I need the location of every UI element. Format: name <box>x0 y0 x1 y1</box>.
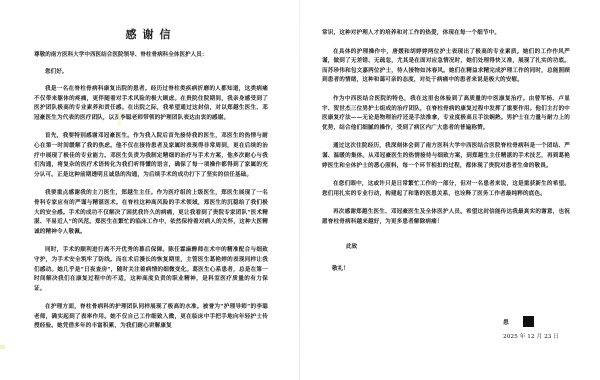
scan-smudge <box>118 112 121 126</box>
letter-paragraph: 首先，我要特别感谢邓冠豪医生。作为我入院后首先接待我的医生，邓医生的热情与耐心在… <box>34 132 268 180</box>
letter-paragraph: 在您们眼中，这或许只是日常繁忙工作的一部分，但对一名患者来说，这是重获新生的希望… <box>322 180 570 199</box>
letter-paragraph: 作为中西医结合医院的特色，我在这里也体验到了高质量的中医康复治疗。由曾军杨、卢显… <box>322 95 570 133</box>
letter-greeting: 您们好。 <box>34 68 268 77</box>
letter-signature: 患 <box>503 316 534 327</box>
letter-date: 2025 年 12 月 23 日 <box>503 331 559 340</box>
letter-title: 感谢信 <box>34 26 268 42</box>
redacted-name-block <box>523 316 534 327</box>
letter-paragraph: 同时，手术的顺利进行离不开优秀的幕后保障。陈任霖麻醉师在术中的精准配合与细致守护… <box>34 246 268 294</box>
letter-paragraph: 再次感谢郑越生医生、邓冠豪医生及全体医护人员。希望这封信能传达我最真实的谢意，也… <box>322 208 570 227</box>
letter-paragraph: 我要重点感谢我的主刀医生，郑越生主任。作为医疗组的上级医生，郑医生展现了一名骨科… <box>34 189 268 237</box>
letter-paragraph: 我是一名在脊柱骨病科康复出院的患者。经历过脊柱类疾病折磨的人都知道，这类病痛不仅… <box>34 85 268 123</box>
letter-paragraph: 在护理方面，脊柱骨病科的护理团队同样展现了极高的水准。被誉为“护理导师”的李聪老… <box>34 303 268 332</box>
letter-paragraph: 通过这次住院经历，我深刻体会到了南方医科大学中西医结合医院脊柱骨病科是一个团结、… <box>322 142 570 171</box>
letter-paragraph: 在具体的护理操作中，唐媛和胡婷婷两位护士表现出了极高的专业素质。她们的工作作风严… <box>322 48 570 86</box>
signature-label: 患 <box>503 317 509 326</box>
letter-page-right: 常识，这种对护理人才的培养和对工作的热爱，体现在每一个细节中。 在具体的护理操作… <box>300 0 600 380</box>
letter-paragraph: 常识，这种对护理人才的培养和对工作的热爱，体现在每一个细节中。 <box>322 29 570 39</box>
letter-page-left: 感谢信 尊敬的南方医科大学中西医结合医院领导、脊柱骨病科全体医护人员： 您们好。… <box>0 0 300 380</box>
scan-smudge <box>0 345 5 349</box>
letter-salutation: 尊敬的南方医科大学中西医结合医院领导、脊柱骨病科全体医护人员： <box>34 51 268 60</box>
letter-regards: 敬礼！ <box>332 264 570 272</box>
letter-closing: 此致 <box>346 242 570 250</box>
